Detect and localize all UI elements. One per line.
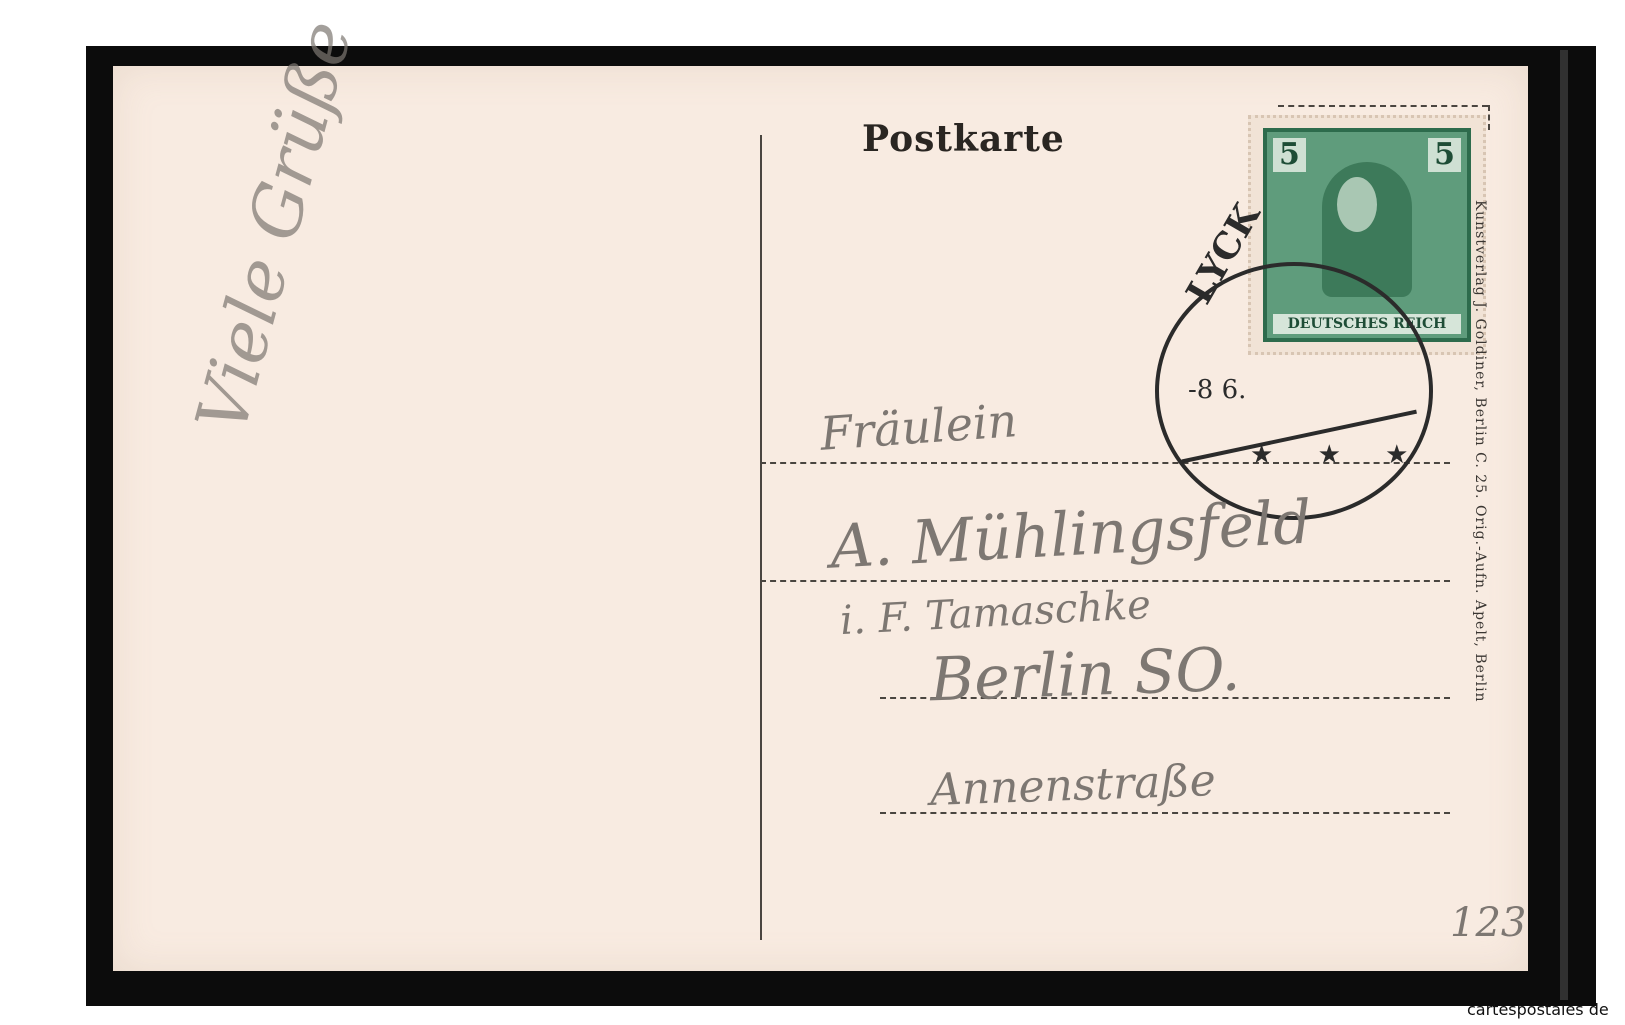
postcard-heading: Postkarte — [862, 118, 1065, 160]
watermark: cartespostales de — [1467, 1000, 1609, 1019]
stamp-value-left: 5 — [1273, 138, 1306, 172]
address-handwriting-4: Berlin SO. — [929, 635, 1241, 716]
germania-face-icon — [1337, 177, 1377, 232]
address-handwriting-5: Annenstraße — [929, 755, 1216, 816]
postmark-date: -8 6. — [1188, 375, 1246, 405]
publisher-imprint: Kunstverlag J. Goldiner, Berlin C. 25. O… — [1472, 200, 1488, 960]
margin-note: 123 — [1450, 900, 1526, 946]
stamp-value-right: 5 — [1428, 138, 1461, 172]
frame-edge — [1560, 50, 1568, 1000]
postmark-stars: ★ ★ ★ — [1250, 440, 1426, 470]
center-divider — [760, 135, 762, 940]
stamp-box-side — [1488, 105, 1490, 130]
